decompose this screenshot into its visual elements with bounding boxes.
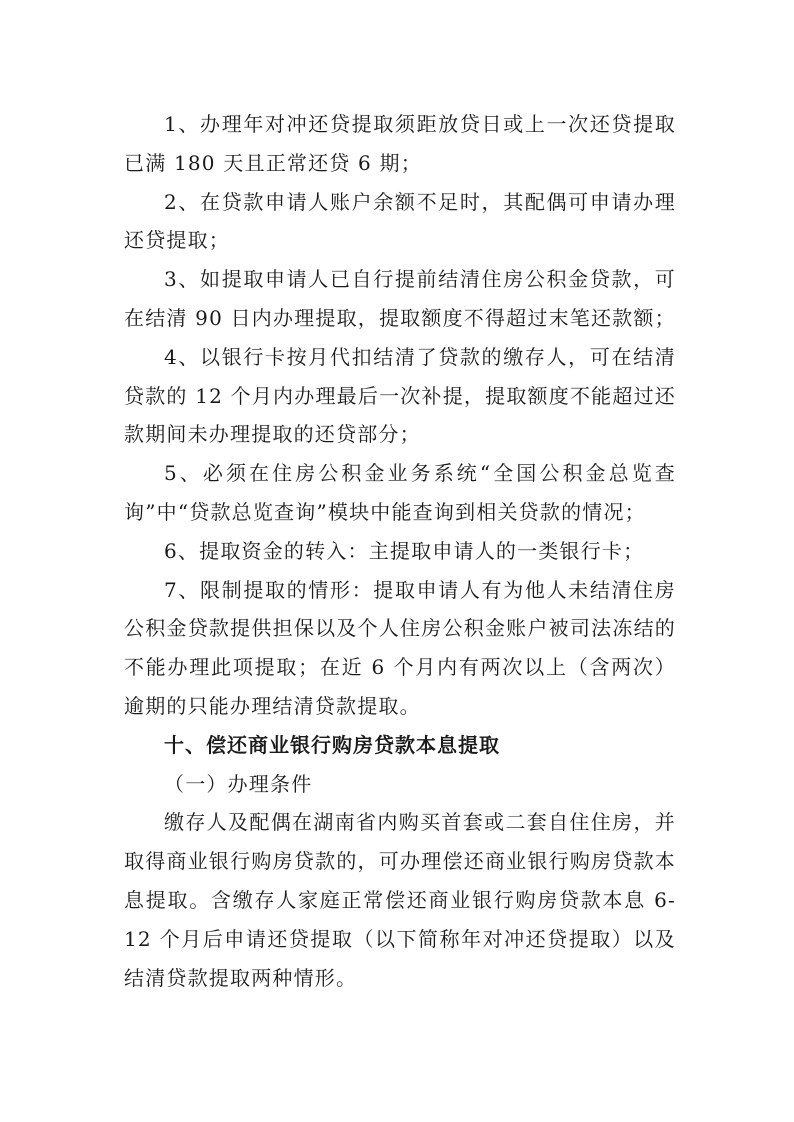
list-item-2: 2、在贷款申请人账户余额不足时，其配偶可申请办理还贷提取； (124, 183, 676, 261)
section-heading: 十、偿还商业银行购房贷款本息提取 (124, 726, 676, 765)
list-item-4: 4、以银行卡按月代扣结清了贷款的缴存人，可在结清贷款的 12 个月内办理最后一次… (124, 338, 676, 454)
list-item-1: 1、办理年对冲还贷提取须距放贷日或上一次还贷提取已满 180 天且正常还贷 6 … (124, 105, 676, 183)
document-page: 1、办理年对冲还贷提取须距放贷日或上一次还贷提取已满 180 天且正常还贷 6 … (124, 105, 676, 997)
subsection-heading: （一）办理条件 (124, 765, 676, 804)
list-item-7: 7、限制提取的情形：提取申请人有为他人未结清住房公积金贷款提供担保以及个人住房公… (124, 571, 676, 726)
list-item-6: 6、提取资金的转入：主提取申请人的一类银行卡； (124, 532, 676, 571)
body-paragraph: 缴存人及配偶在湖南省内购买首套或二套自住住房，并取得商业银行购房贷款的，可办理偿… (124, 803, 676, 997)
list-item-3: 3、如提取申请人已自行提前结清住房公积金贷款，可在结清 90 日内办理提取，提取… (124, 260, 676, 338)
list-item-5: 5、必须在住房公积金业务系统“全国公积金总览查询”中“贷款总览查询”模块中能查询… (124, 454, 676, 532)
